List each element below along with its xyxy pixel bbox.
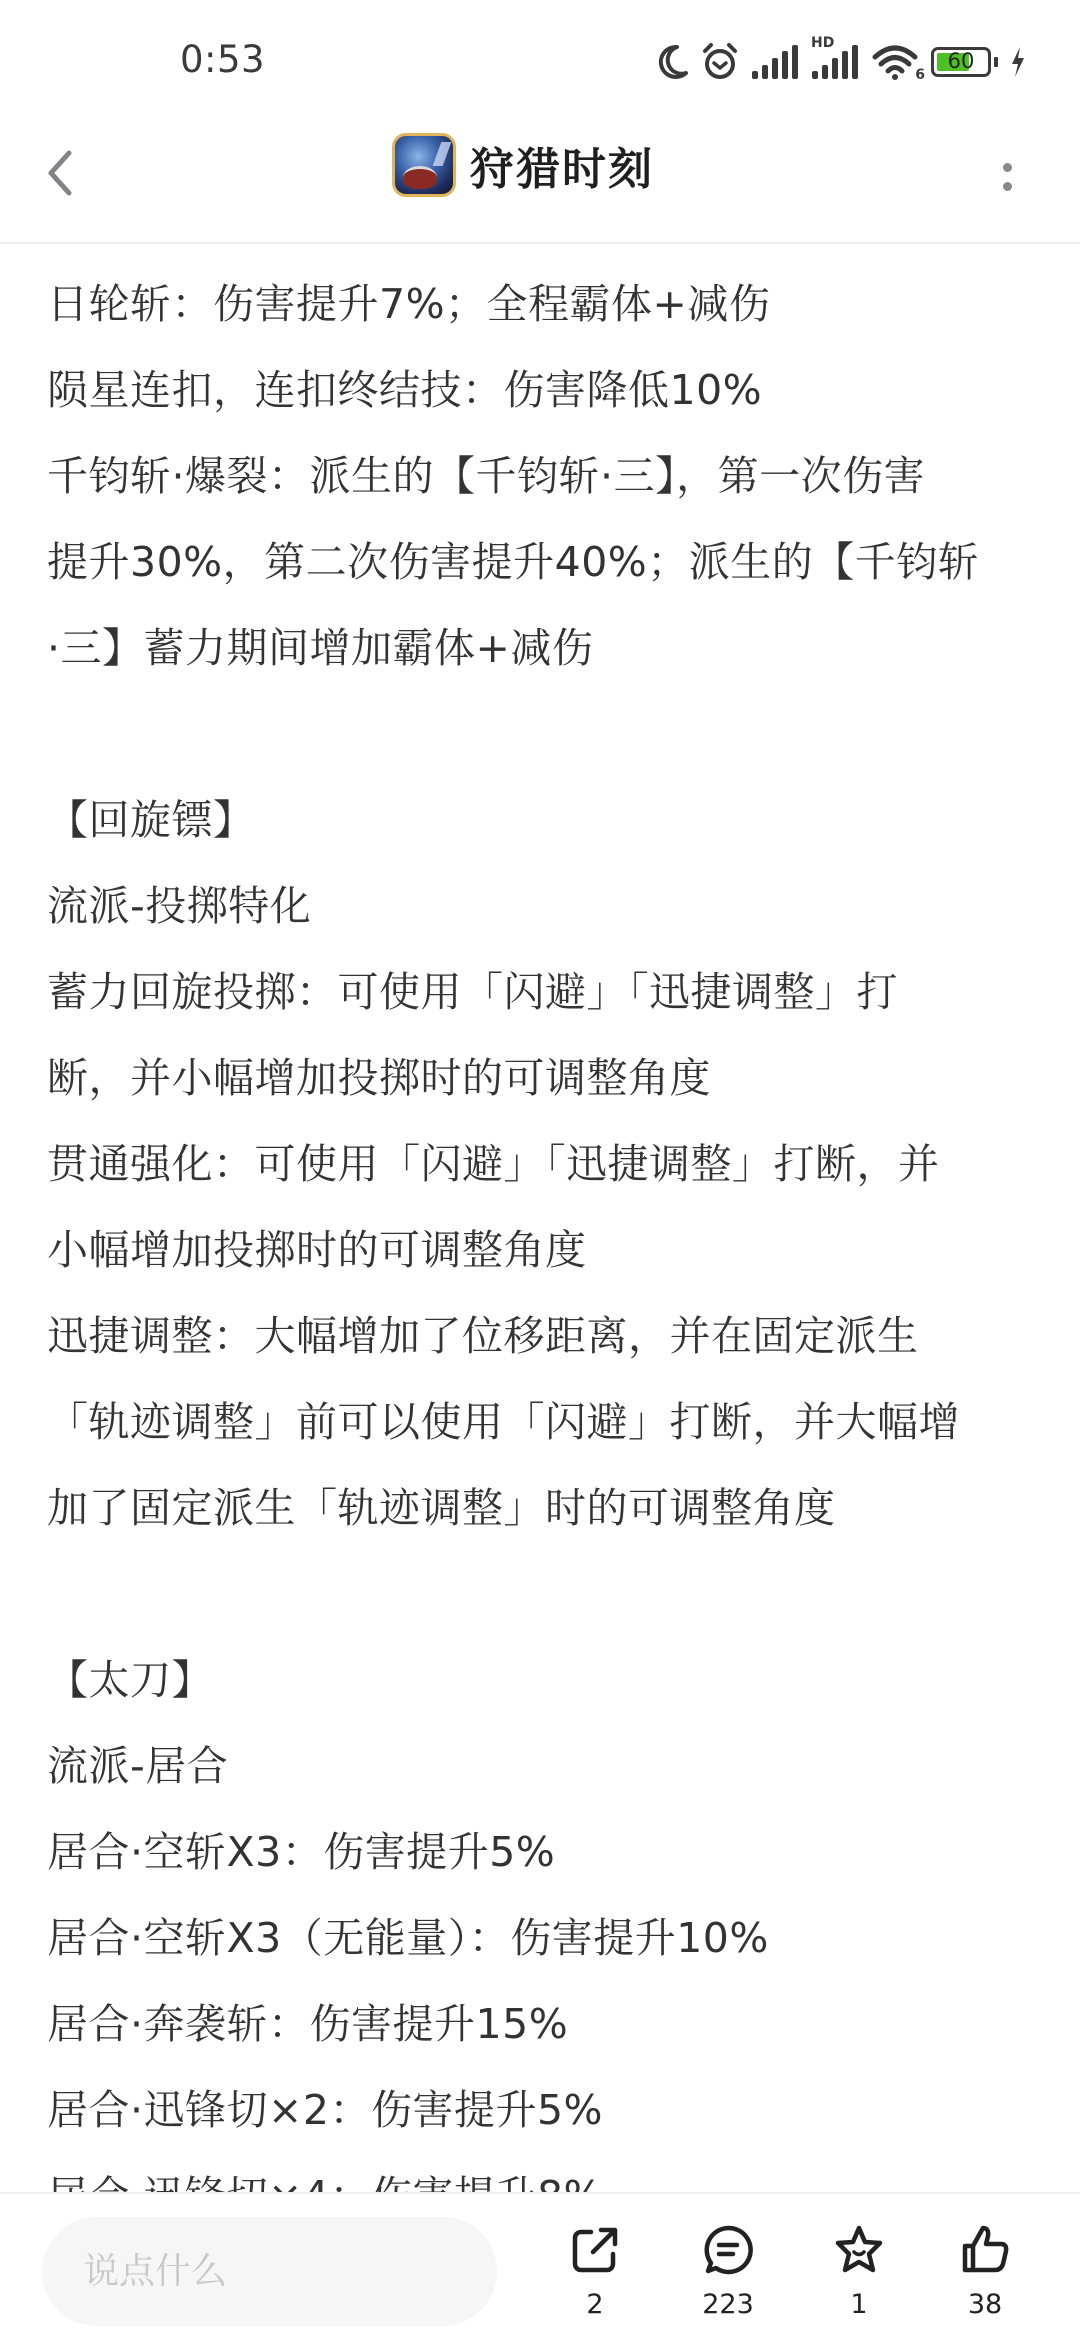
more-options-button[interactable] (985, 142, 1029, 212)
text-line: 「轨迹调整」前可以使用「闪避」打断，并大幅增 (47, 1379, 1037, 1465)
text-line: 流派-投掷特化 (47, 863, 1037, 949)
alarm-icon (701, 42, 739, 82)
share-button[interactable]: 2 (540, 2224, 650, 2334)
status-time: 0:53 (180, 38, 265, 81)
text-line: 迅捷调整：大幅增加了位移距离，并在固定派生 (47, 1293, 1037, 1379)
more-vertical-icon-dot (1003, 182, 1012, 191)
share-count: 2 (586, 2290, 603, 2320)
blank-line (47, 1551, 1037, 1637)
bottom-action-bar: 2 223 1 38 (0, 2192, 1080, 2340)
more-vertical-icon-dot (1003, 163, 1012, 172)
like-count: 38 (968, 2290, 1002, 2320)
status-bar: 0:53 HD 6 60 (0, 0, 1080, 120)
status-icons: HD 6 60 (655, 40, 1026, 84)
text-line: 蓄力回旋投掷：可使用「闪避」「迅捷调整」打 (47, 949, 1037, 1035)
blank-line (47, 691, 1037, 777)
page-title: 狩猎时刻 (470, 133, 654, 197)
comment-icon (702, 2224, 754, 2276)
battery-icon: 60 (931, 47, 991, 77)
text-line: 居合·迅锋切×2：伤害提升5% (47, 2067, 1037, 2153)
section-heading: 【回旋镖】 (47, 777, 1037, 863)
comment-input[interactable] (42, 2217, 497, 2326)
section-heading: 【太刀】 (47, 1637, 1037, 1723)
text-line: 流派-居合 (47, 1723, 1037, 1809)
comment-count: 223 (702, 2290, 754, 2320)
text-line: 日轮斩：伤害提升7%；全程霸体+减伤 (47, 261, 1037, 347)
hd-signal-icon: HD (811, 45, 859, 79)
game-logo-icon (392, 133, 456, 197)
favorite-count: 1 (850, 2290, 867, 2320)
text-line: ·三】蓄力期间增加霸体+减伤 (47, 605, 1037, 691)
favorite-button[interactable]: 1 (804, 2224, 914, 2334)
header-title-group[interactable]: 狩猎时刻 (392, 132, 654, 198)
app-header: 狩猎时刻 (0, 120, 1080, 244)
moon-icon (655, 43, 689, 81)
text-line: 居合·空斩X3（无能量）：伤害提升10% (47, 1895, 1037, 1981)
wifi-icon: 6 (871, 43, 919, 81)
text-line: 居合·空斩X3：伤害提升5% (47, 1809, 1037, 1895)
charging-icon (1010, 47, 1026, 77)
text-line: 贯通强化：可使用「闪避」「迅捷调整」打断，并 (47, 1121, 1037, 1207)
signal-icon (751, 45, 799, 79)
like-button[interactable]: 38 (930, 2224, 1040, 2334)
text-line: 断，并小幅增加投掷时的可调整角度 (47, 1035, 1037, 1121)
text-line: 加了固定派生「轨迹调整」时的可调整角度 (47, 1465, 1037, 1551)
article-body: 日轮斩：伤害提升7%；全程霸体+减伤 陨星连扣，连扣终结技：伤害降低10% 千钧… (47, 261, 1037, 2239)
battery-cap (994, 57, 998, 67)
comment-button[interactable]: 223 (673, 2224, 783, 2334)
back-button[interactable] (30, 138, 90, 208)
text-line: 居合·奔袭斩：伤害提升15% (47, 1981, 1037, 2067)
text-line: 千钧斩·爆裂：派生的【千钧斩·三】，第一次伤害 (47, 433, 1037, 519)
text-line: 陨星连扣，连扣终结技：伤害降低10% (47, 347, 1037, 433)
thumbs-up-icon (959, 2224, 1011, 2276)
text-line: 提升30%，第二次伤害提升40%；派生的【千钧斩 (47, 519, 1037, 605)
star-icon (833, 2224, 885, 2276)
share-icon (569, 2224, 621, 2276)
text-line: 小幅增加投掷时的可调整角度 (47, 1207, 1037, 1293)
chevron-left-icon (45, 149, 75, 197)
